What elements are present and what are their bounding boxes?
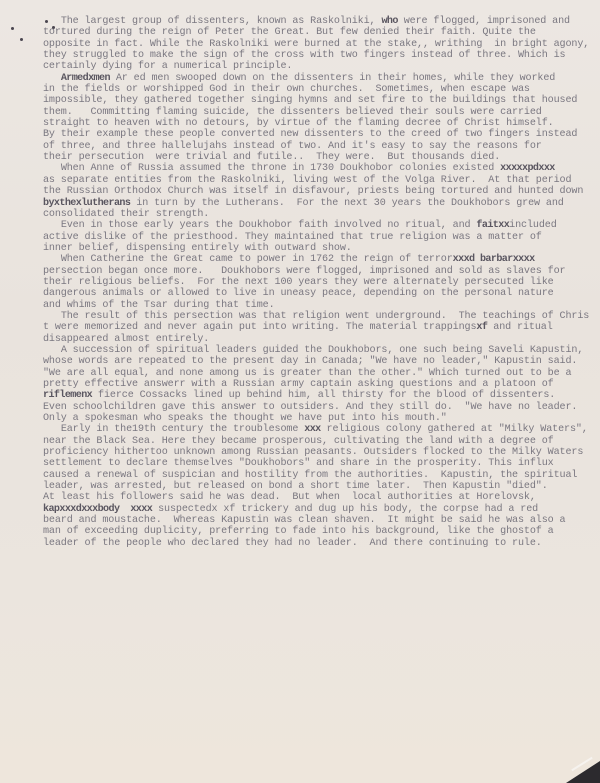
text-line: persection began once more. Doukhobors w… xyxy=(43,266,600,277)
text-line: Even schoolchildren gave this answer to … xyxy=(43,402,600,413)
text-line: pretty effective answerr with a Russian … xyxy=(43,379,600,390)
line-text: fierce Cossacks lined up behind him, all… xyxy=(92,390,555,401)
text-line: When Catherine the Great came to power i… xyxy=(43,254,600,265)
text-line: beard and moustache. Whereas Kapustin wa… xyxy=(43,515,600,526)
text-line: byxthexlutherans in turn by the Lutheran… xyxy=(43,198,600,209)
line-text: A succession of spiritual leaders guided… xyxy=(61,345,583,356)
line-text: man of exceeding duplicity, preferring t… xyxy=(43,526,554,537)
line-text: religious colony gathered at "Milky Wate… xyxy=(321,424,588,435)
text-line: disappeared almost entirely. xyxy=(43,334,600,345)
line-text xyxy=(43,16,61,27)
struck-out-text: xxx xyxy=(304,424,320,435)
struck-out-text: xf xyxy=(476,322,487,333)
line-text: and ritual xyxy=(487,322,552,333)
line-text: whose words are repeated to the present … xyxy=(43,356,577,367)
line-text: proficiency hithertoo unknown among Russ… xyxy=(43,447,583,458)
line-text xyxy=(43,254,61,265)
text-line: Even in those early years the Doukhobor … xyxy=(43,220,600,231)
struck-out-text: faitxx xyxy=(476,220,509,231)
text-line: their persecution were trivial and futil… xyxy=(43,152,600,163)
line-text: Even in those early years the Doukhobor … xyxy=(61,220,477,231)
line-text: them. Committing flaming suicide, the di… xyxy=(43,107,542,118)
text-line: they struggled to make the sign of the c… xyxy=(43,50,600,61)
text-line: near the Black Sea. Here they became pro… xyxy=(43,436,600,447)
line-text: consolidated their strength. xyxy=(43,209,209,220)
text-line: By their example these people converted … xyxy=(43,129,600,140)
text-line: At least his followers said he was dead.… xyxy=(43,492,600,503)
line-text xyxy=(43,163,61,174)
text-line: When Anne of Russia assumed the throne i… xyxy=(43,163,600,174)
line-text: were flogged, imprisoned and xyxy=(398,16,570,27)
line-text: included xyxy=(509,220,557,231)
text-line: opposite in fact. While the Raskolniki w… xyxy=(43,39,600,50)
text-line: caused a renewal of suspician and hostil… xyxy=(43,470,600,481)
text-line: tortured during the reign of Peter the G… xyxy=(43,27,600,38)
text-line: leader, was arrested, but released on bo… xyxy=(43,481,600,492)
line-text: in the fields or worshipped God in their… xyxy=(43,84,530,95)
text-line: their religious beliefs. For the next 10… xyxy=(43,277,600,288)
line-text: caused a renewal of suspician and hostil… xyxy=(43,470,577,481)
line-text: When Anne of Russia assumed the throne i… xyxy=(61,163,500,174)
struck-out-text: who xyxy=(381,16,397,27)
line-text: Ar ed men swooped down on the dissenters… xyxy=(110,73,555,84)
struck-out-text: riflemenx xyxy=(43,390,92,401)
struck-out-text: xxxd barbarxxxx xyxy=(453,254,535,265)
text-line: impossible, they gathered together singi… xyxy=(43,95,600,106)
line-text: Early in the19th century the troublesome xyxy=(61,424,304,435)
line-text: leader, was arrested, but released on bo… xyxy=(43,481,548,492)
line-text: t were memorized and never again put int… xyxy=(43,322,476,333)
text-line: the Russian Orthodox Church was itself i… xyxy=(43,186,600,197)
line-text: as separate entities from the Raskolniki… xyxy=(43,175,571,186)
text-line: active dislike of the priesthood. They m… xyxy=(43,232,600,243)
line-text: settlement to declare themselves "Doukho… xyxy=(43,458,554,469)
text-line: in the fields or worshipped God in their… xyxy=(43,84,600,95)
text-line: "We are all equal, and none among us is … xyxy=(43,368,600,379)
text-line: A succession of spiritual leaders guided… xyxy=(43,345,600,356)
text-line: inner belief, dispensing entirely with o… xyxy=(43,243,600,254)
line-text: Only a spokesman who speaks the thought … xyxy=(43,413,447,424)
text-line: Early in the19th century the troublesome… xyxy=(43,424,600,435)
line-text: inner belief, dispensing entirely with o… xyxy=(43,243,352,254)
text-line: settlement to declare themselves "Doukho… xyxy=(43,458,600,469)
text-line: certainly dying for a numerical principl… xyxy=(43,61,600,72)
struck-out-text: xxxxxpdxxx xyxy=(500,163,555,174)
line-text: beard and moustache. Whereas Kapustin wa… xyxy=(43,515,565,526)
text-line: them. Committing flaming suicide, the di… xyxy=(43,107,600,118)
line-text: leader of the people who declared they h… xyxy=(43,538,542,549)
line-text: disappeared almost entirely. xyxy=(43,334,209,345)
text-line: The result of this persection was that r… xyxy=(43,311,600,322)
struck-out-text: Armedxmen xyxy=(61,73,110,84)
line-text xyxy=(43,220,61,231)
line-text: persection began once more. Doukhobors w… xyxy=(43,266,565,277)
line-text xyxy=(43,73,61,84)
line-text: active dislike of the priesthood. They m… xyxy=(43,232,542,243)
line-text: in turn by the Lutherans. For the next 3… xyxy=(130,198,563,209)
text-line: Armedxmen Ar ed men swooped down on the … xyxy=(43,73,600,84)
text-line: proficiency hithertoo unknown among Russ… xyxy=(43,447,600,458)
text-line: dangerous animals or allowed to live in … xyxy=(43,288,600,299)
line-text: of three, and three hallelujahs instead … xyxy=(43,141,542,152)
line-text: The largest group of dissenters, known a… xyxy=(61,16,382,27)
typewritten-page: The largest group of dissenters, known a… xyxy=(0,0,600,783)
text-line: Only a spokesman who speaks the thought … xyxy=(43,413,600,424)
line-text: The result of this persection was that r… xyxy=(61,311,589,322)
struck-out-text: kapxxxdxxxbody xxxx xyxy=(43,504,152,515)
ink-speck xyxy=(11,27,14,30)
text-line: The largest group of dissenters, known a… xyxy=(43,16,600,27)
text-line: of three, and three hallelujahs instead … xyxy=(43,141,600,152)
line-text: pretty effective answerr with a Russian … xyxy=(43,379,554,390)
text-line: and whims of the Tsar during that time. xyxy=(43,300,600,311)
line-text: their religious beliefs. For the next 10… xyxy=(43,277,554,288)
line-text: By their example these people converted … xyxy=(43,129,577,140)
ink-speck xyxy=(20,38,23,41)
line-text: Even schoolchildren gave this answer to … xyxy=(43,402,577,413)
line-text xyxy=(43,345,61,356)
line-text: and whims of the Tsar during that time. xyxy=(43,300,275,311)
line-text: "We are all equal, and none among us is … xyxy=(43,368,571,379)
line-text: the Russian Orthodox Church was itself i… xyxy=(43,186,583,197)
line-text: tortured during the reign of Peter the G… xyxy=(43,27,536,38)
text-line: t were memorized and never again put int… xyxy=(43,322,600,333)
line-text xyxy=(43,424,61,435)
text-line: man of exceeding duplicity, preferring t… xyxy=(43,526,600,537)
manuscript-body: The largest group of dissenters, known a… xyxy=(43,16,600,549)
line-text: When Catherine the Great came to power i… xyxy=(61,254,453,265)
line-text: At least his followers said he was dead.… xyxy=(43,492,536,503)
text-line: as separate entities from the Raskolniki… xyxy=(43,175,600,186)
line-text: certainly dying for a numerical principl… xyxy=(43,61,292,72)
text-line: leader of the people who declared they h… xyxy=(43,538,600,549)
line-text: their persecution were trivial and futil… xyxy=(43,152,500,163)
line-text: suspectedx xf trickery and dug up his bo… xyxy=(152,504,538,515)
line-text: straight to heaven with no detours, by v… xyxy=(43,118,554,129)
text-line: consolidated their strength. xyxy=(43,209,600,220)
text-line: riflemenx fierce Cossacks lined up behin… xyxy=(43,390,600,401)
line-text xyxy=(43,311,61,322)
text-line: straight to heaven with no detours, by v… xyxy=(43,118,600,129)
line-text: they struggled to make the sign of the c… xyxy=(43,50,565,61)
struck-out-text: byxthexlutherans xyxy=(43,198,130,209)
line-text: dangerous animals or allowed to live in … xyxy=(43,288,554,299)
line-text: near the Black Sea. Here they became pro… xyxy=(43,436,554,447)
text-line: whose words are repeated to the present … xyxy=(43,356,600,367)
line-text: opposite in fact. While the Raskolniki w… xyxy=(43,39,589,50)
line-text: impossible, they gathered together singi… xyxy=(43,95,577,106)
text-line: kapxxxdxxxbody xxxx suspectedx xf tricke… xyxy=(43,504,600,515)
